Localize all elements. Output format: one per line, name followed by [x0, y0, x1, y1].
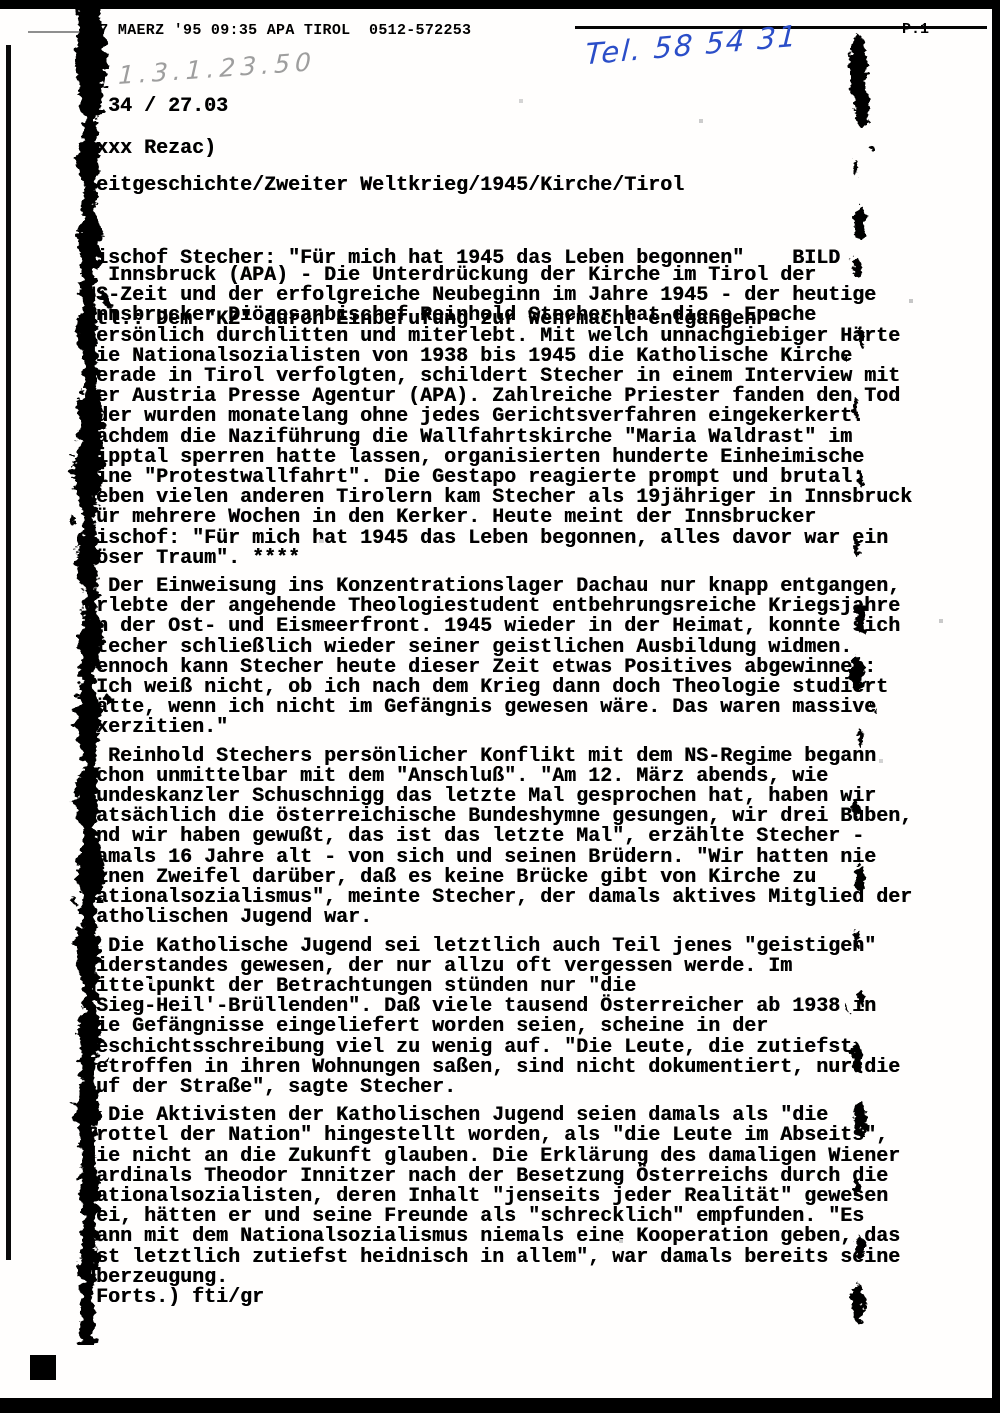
- fax-header-line: 27 MAERZ '95 09:35 APA TIROL 0512-572253: [90, 22, 471, 39]
- scan-edge-right: [992, 0, 1000, 1413]
- pencil-filing-number: 1.3.1.23.50: [118, 47, 317, 90]
- wire-subtitle: Utl.: Dem "KZ" durch Einberufung zur Weh…: [84, 310, 840, 330]
- scan-edge-left-line: [6, 45, 11, 1260]
- fax-page: 27 MAERZ '95 09:35 APA TIROL 0512-572253…: [0, 0, 1000, 1413]
- wire-title-block: Bischof Stecher: "Für mich hat 1945 das …: [84, 209, 840, 371]
- wire-title: Bischof Stecher: "Für mich hat 1945 das …: [84, 249, 840, 269]
- scan-registration-square: [30, 1355, 56, 1380]
- wire-slugline: Zeitgeschichte/Zweiter Weltkrieg/1945/Ki…: [84, 176, 684, 196]
- ink-streak-right: [838, 8, 882, 1338]
- ink-streak-left: [62, 0, 118, 1345]
- scan-edge-top: [0, 0, 1000, 9]
- fax-page-number: P.1: [902, 21, 929, 38]
- scan-edge-bottom: [0, 1398, 1000, 1413]
